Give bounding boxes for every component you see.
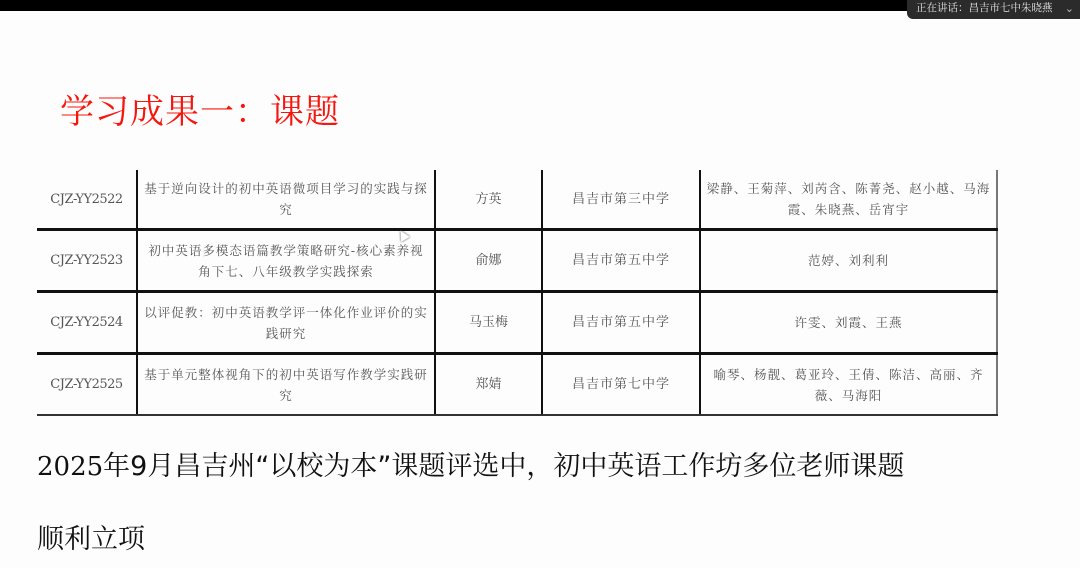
- project-school: 昌吉市第五中学: [542, 230, 700, 292]
- project-leader: 郑婧: [435, 354, 542, 416]
- caption-year: 2025: [37, 452, 103, 482]
- slide-title: 学习成果一：课题: [60, 90, 340, 134]
- project-id: CJZ-YY2523: [37, 230, 137, 292]
- project-members: 范婷、刘利利: [700, 230, 997, 292]
- caption-line-2: 顺利立项: [37, 522, 145, 558]
- table-row: CJZ-YY2522 基于逆向设计的初中英语微项目学习的实践与探究 方英 昌吉市…: [37, 170, 997, 230]
- project-leader: 马玉梅: [435, 292, 542, 354]
- project-topic: 基于单元整体视角下的初中英语写作教学实践研究: [137, 354, 435, 416]
- project-topic: 以评促教：初中英语教学评一体化作业评价的实践研究: [137, 292, 435, 354]
- project-id: CJZ-YY2525: [37, 354, 137, 416]
- project-members: 许雯、刘霞、王燕: [700, 292, 997, 354]
- table-row: CJZ-YY2524 以评促教：初中英语教学评一体化作业评价的实践研究 马玉梅 …: [37, 292, 997, 354]
- project-topic: 初中英语多模态语篇教学策略研究-核心素养视角下七、八年级教学实践探索: [137, 230, 435, 292]
- project-members: 梁静、王菊萍、刘芮含、陈菁尧、赵小越、马海霞、朱晓燕、岳宵宇: [700, 170, 997, 230]
- project-school: 昌吉市第五中学: [542, 292, 700, 354]
- project-school: 昌吉市第七中学: [542, 354, 700, 416]
- active-speaker-indicator[interactable]: 正在讲话：昌吉市七中朱晓燕 ⌄: [907, 0, 1080, 19]
- project-table: CJZ-YY2522 基于逆向设计的初中英语微项目学习的实践与探究 方英 昌吉市…: [37, 170, 998, 416]
- speaker-label: 正在讲话：昌吉市七中朱晓燕: [916, 2, 1053, 14]
- project-school: 昌吉市第三中学: [542, 170, 700, 230]
- project-leader: 俞娜: [435, 230, 542, 292]
- project-id: CJZ-YY2522: [37, 170, 137, 230]
- project-leader: 方英: [435, 170, 542, 230]
- table-row: CJZ-YY2525 基于单元整体视角下的初中英语写作教学实践研究 郑婧 昌吉市…: [37, 354, 997, 416]
- caption-line-1: 2025年9月昌吉州“以校为本”课题评选中，初中英语工作坊多位老师课题: [37, 449, 904, 485]
- table-row: CJZ-YY2523 初中英语多模态语篇教学策略研究-核心素养视角下七、八年级教…: [37, 230, 997, 292]
- project-id: CJZ-YY2524: [37, 292, 137, 354]
- chevron-down-icon[interactable]: ⌄: [1065, 0, 1074, 17]
- caption-text: 年9月昌吉州“以校为本”课题评选中，初中英语工作坊多位老师课题: [103, 451, 904, 482]
- project-topic: 基于逆向设计的初中英语微项目学习的实践与探究: [137, 170, 435, 230]
- project-members: 喻琴、杨靓、葛亚玲、王倩、陈洁、高丽、齐薇、马海阳: [700, 354, 997, 416]
